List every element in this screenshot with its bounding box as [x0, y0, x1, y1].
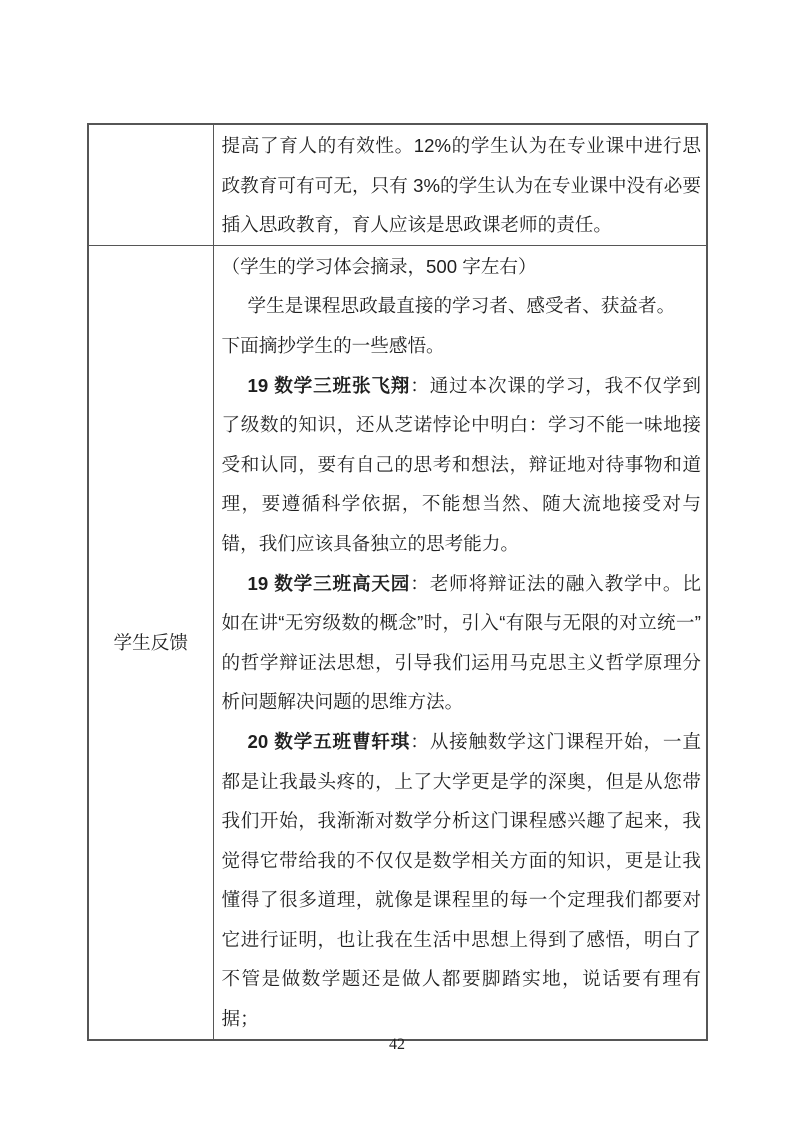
colon-separator: ：	[410, 731, 429, 752]
note-text: （学生的学习体会摘录，500 字左右）	[222, 247, 702, 287]
content-cell-student-feedback: （学生的学习体会摘录，500 字左右） 学生是课程思政最直接的学习者、感受者、获…	[213, 245, 707, 1039]
student-name: 19 数学三班张飞翔	[248, 375, 411, 396]
student-quote: 19 数学三班张飞翔：通过本次课的学习，我不仅学到了级数的知识，还从芝诺悖论中明…	[222, 366, 702, 564]
row-label: 学生反馈	[114, 632, 188, 653]
quote-text: 从接触数学这门课程开始，一直都是让我最头疼的，上了大学更是学的深奥，但是从您带我…	[222, 731, 702, 1029]
survey-summary-text: 提高了育人的有效性。12%的学生认为在专业课中进行思政教育可有可无，只有 3%的…	[222, 126, 702, 245]
quote-text: 通过本次课的学习，我不仅学到了级数的知识，还从芝诺悖论中明白：学习不能一味地接受…	[222, 375, 702, 554]
intro-continued-text: 下面摘抄学生的一些感悟。	[222, 326, 702, 366]
table-row-continuation: 提高了育人的有效性。12%的学生认为在专业课中进行思政教育可有可无，只有 3%的…	[88, 124, 707, 245]
student-quote: 19 数学三班高天园：老师将辩证法的融入教学中。比如在讲“无穷级数的概念”时，引…	[222, 564, 702, 722]
page-number: 42	[0, 1036, 794, 1054]
label-cell-student-feedback: 学生反馈	[88, 245, 213, 1039]
colon-separator: ：	[410, 573, 429, 594]
student-quote: 20 数学五班曹轩琪：从接触数学这门课程开始，一直都是让我最头疼的，上了大学更是…	[222, 722, 702, 1039]
intro-text: 学生是课程思政最直接的学习者、感受者、获益者。	[222, 286, 702, 326]
document-page: 提高了育人的有效性。12%的学生认为在专业课中进行思政教育可有可无，只有 3%的…	[0, 0, 794, 1123]
student-name: 19 数学三班高天园	[248, 573, 411, 594]
label-cell-empty	[88, 124, 213, 245]
colon-separator: ：	[410, 375, 429, 396]
table-row-student-feedback: 学生反馈 （学生的学习体会摘录，500 字左右） 学生是课程思政最直接的学习者、…	[88, 245, 707, 1039]
content-cell-survey-summary: 提高了育人的有效性。12%的学生认为在专业课中进行思政教育可有可无，只有 3%的…	[213, 124, 707, 245]
feedback-table: 提高了育人的有效性。12%的学生认为在专业课中进行思政教育可有可无，只有 3%的…	[87, 123, 708, 1041]
student-name: 20 数学五班曹轩琪	[248, 731, 411, 752]
